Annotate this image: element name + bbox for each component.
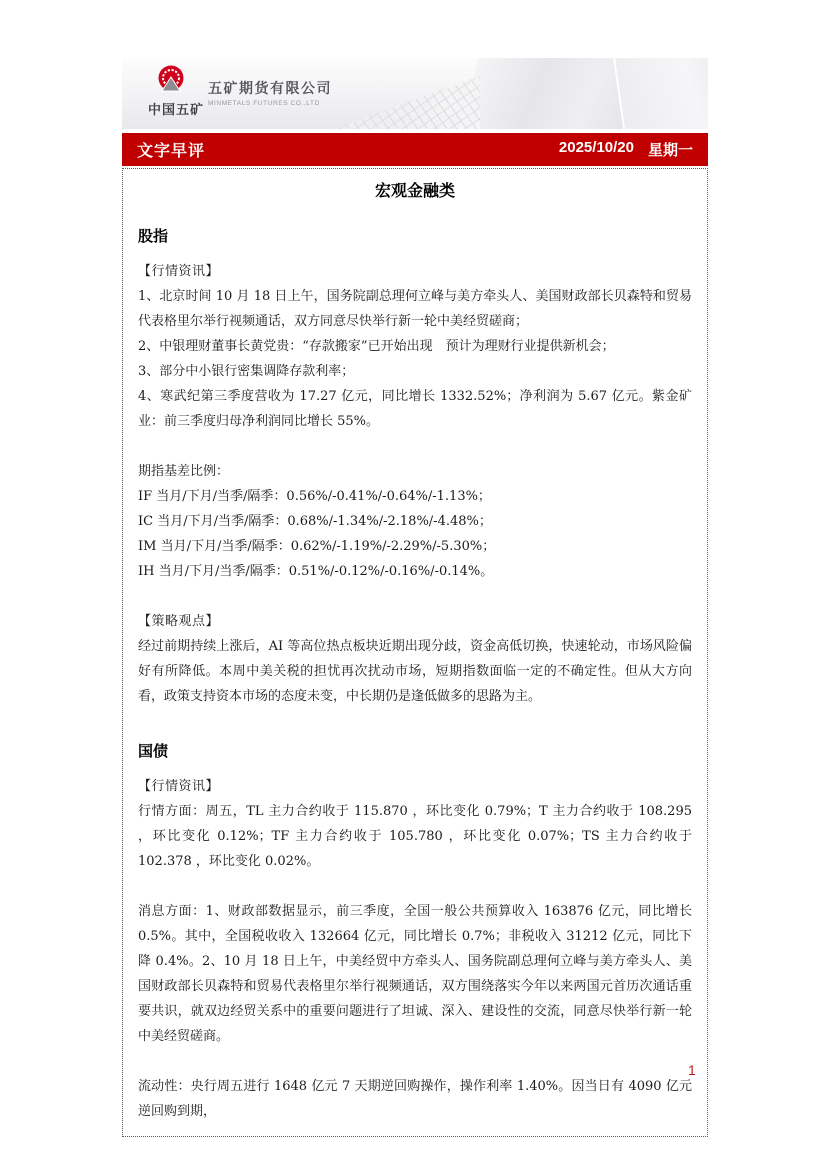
minmetals-emblem-icon: 中国五矿: [148, 64, 194, 118]
section-title-treasury-bond: 国债: [138, 739, 692, 764]
section-title-stock-index: 股指: [138, 224, 692, 249]
header-image-strip: 中国五矿 五矿期货有限公司 MINMETALS FUTURES CO.,LTD: [122, 58, 708, 129]
bond-liquidity-text: 流动性：央行周五进行 1648 亿元 7 天期逆回购操作，操作利率 1.40%。…: [138, 1074, 692, 1124]
building-truss-artwork: [330, 76, 480, 129]
strategy-view-text: 经过前期持续上涨后，AI 等高位热点板块近期出现分歧，资金高低切换，快速轮动，市…: [138, 634, 692, 709]
report-body: 宏观金融类 股指 【行情资讯】 1、北京时间 10 月 18 日上午，国务院副总…: [122, 168, 708, 1137]
bond-market-text: 行情方面：周五，TL 主力合约收于 115.870 ，环比变化 0.79%；T …: [138, 799, 692, 874]
stock-news-item: 1、北京时间 10 月 18 日上午，国务院副总理何立峰与美方牵头人、美国财政部…: [138, 284, 692, 334]
basis-line-ic: IC 当月/下月/当季/隔季：0.68%/-1.34%/-2.18%/-4.48…: [138, 509, 692, 534]
market-info-label: 【行情资讯】: [138, 774, 692, 799]
stock-news-item: 3、部分中小银行密集调降存款利率；: [138, 359, 692, 384]
page-number: 1: [688, 1062, 696, 1078]
weekday-value: 星期一: [648, 139, 693, 160]
title-banner: 文字早评 2025/10/20 星期一: [122, 133, 708, 166]
report-page: 中国五矿 五矿期货有限公司 MINMETALS FUTURES CO.,LTD …: [0, 0, 826, 1169]
bond-news-text: 消息方面：1、财政部数据显示，前三季度，全国一般公共预算收入 163876 亿元…: [138, 899, 692, 1049]
basis-ratio-title: 期指基差比例：: [138, 459, 692, 484]
basis-line-ih: IH 当月/下月/当季/隔季：0.51%/-0.12%/-0.16%/-0.14…: [138, 559, 692, 584]
report-title: 文字早评: [137, 138, 205, 161]
company-name-en: MINMETALS FUTURES CO.,LTD: [208, 100, 332, 107]
stock-news-item: 4、寒武纪第三季度营收为 17.27 亿元，同比增长 1332.52%；净利润为…: [138, 384, 692, 434]
document-sheet: 中国五矿 五矿期货有限公司 MINMETALS FUTURES CO.,LTD …: [122, 58, 708, 1137]
company-name-block: 五矿期货有限公司 MINMETALS FUTURES CO.,LTD: [208, 64, 332, 107]
basis-line-if: IF 当月/下月/当季/隔季：0.56%/-0.41%/-0.64%/-1.13…: [138, 484, 692, 509]
company-logo: 中国五矿 五矿期货有限公司 MINMETALS FUTURES CO.,LTD: [148, 64, 332, 118]
building-artwork: [612, 58, 708, 129]
date-value: 2025/10/20: [559, 139, 634, 160]
strategy-view-label: 【策略观点】: [138, 609, 692, 634]
company-name-cn: 五矿期货有限公司: [208, 78, 332, 98]
stock-news-item: 2、中银理财董事长黄党贵：“存款搬家”已开始出现 预计为理财行业提供新机会；: [138, 334, 692, 359]
basis-line-im: IM 当月/下月/当季/隔季：0.62%/-1.19%/-2.29%/-5.30…: [138, 534, 692, 559]
market-info-label: 【行情资讯】: [138, 259, 692, 284]
minmetals-emblem-icon: [153, 64, 189, 98]
category-title: 宏观金融类: [138, 179, 692, 204]
report-date: 2025/10/20 星期一: [559, 139, 693, 160]
brand-name: 中国五矿: [148, 99, 194, 118]
